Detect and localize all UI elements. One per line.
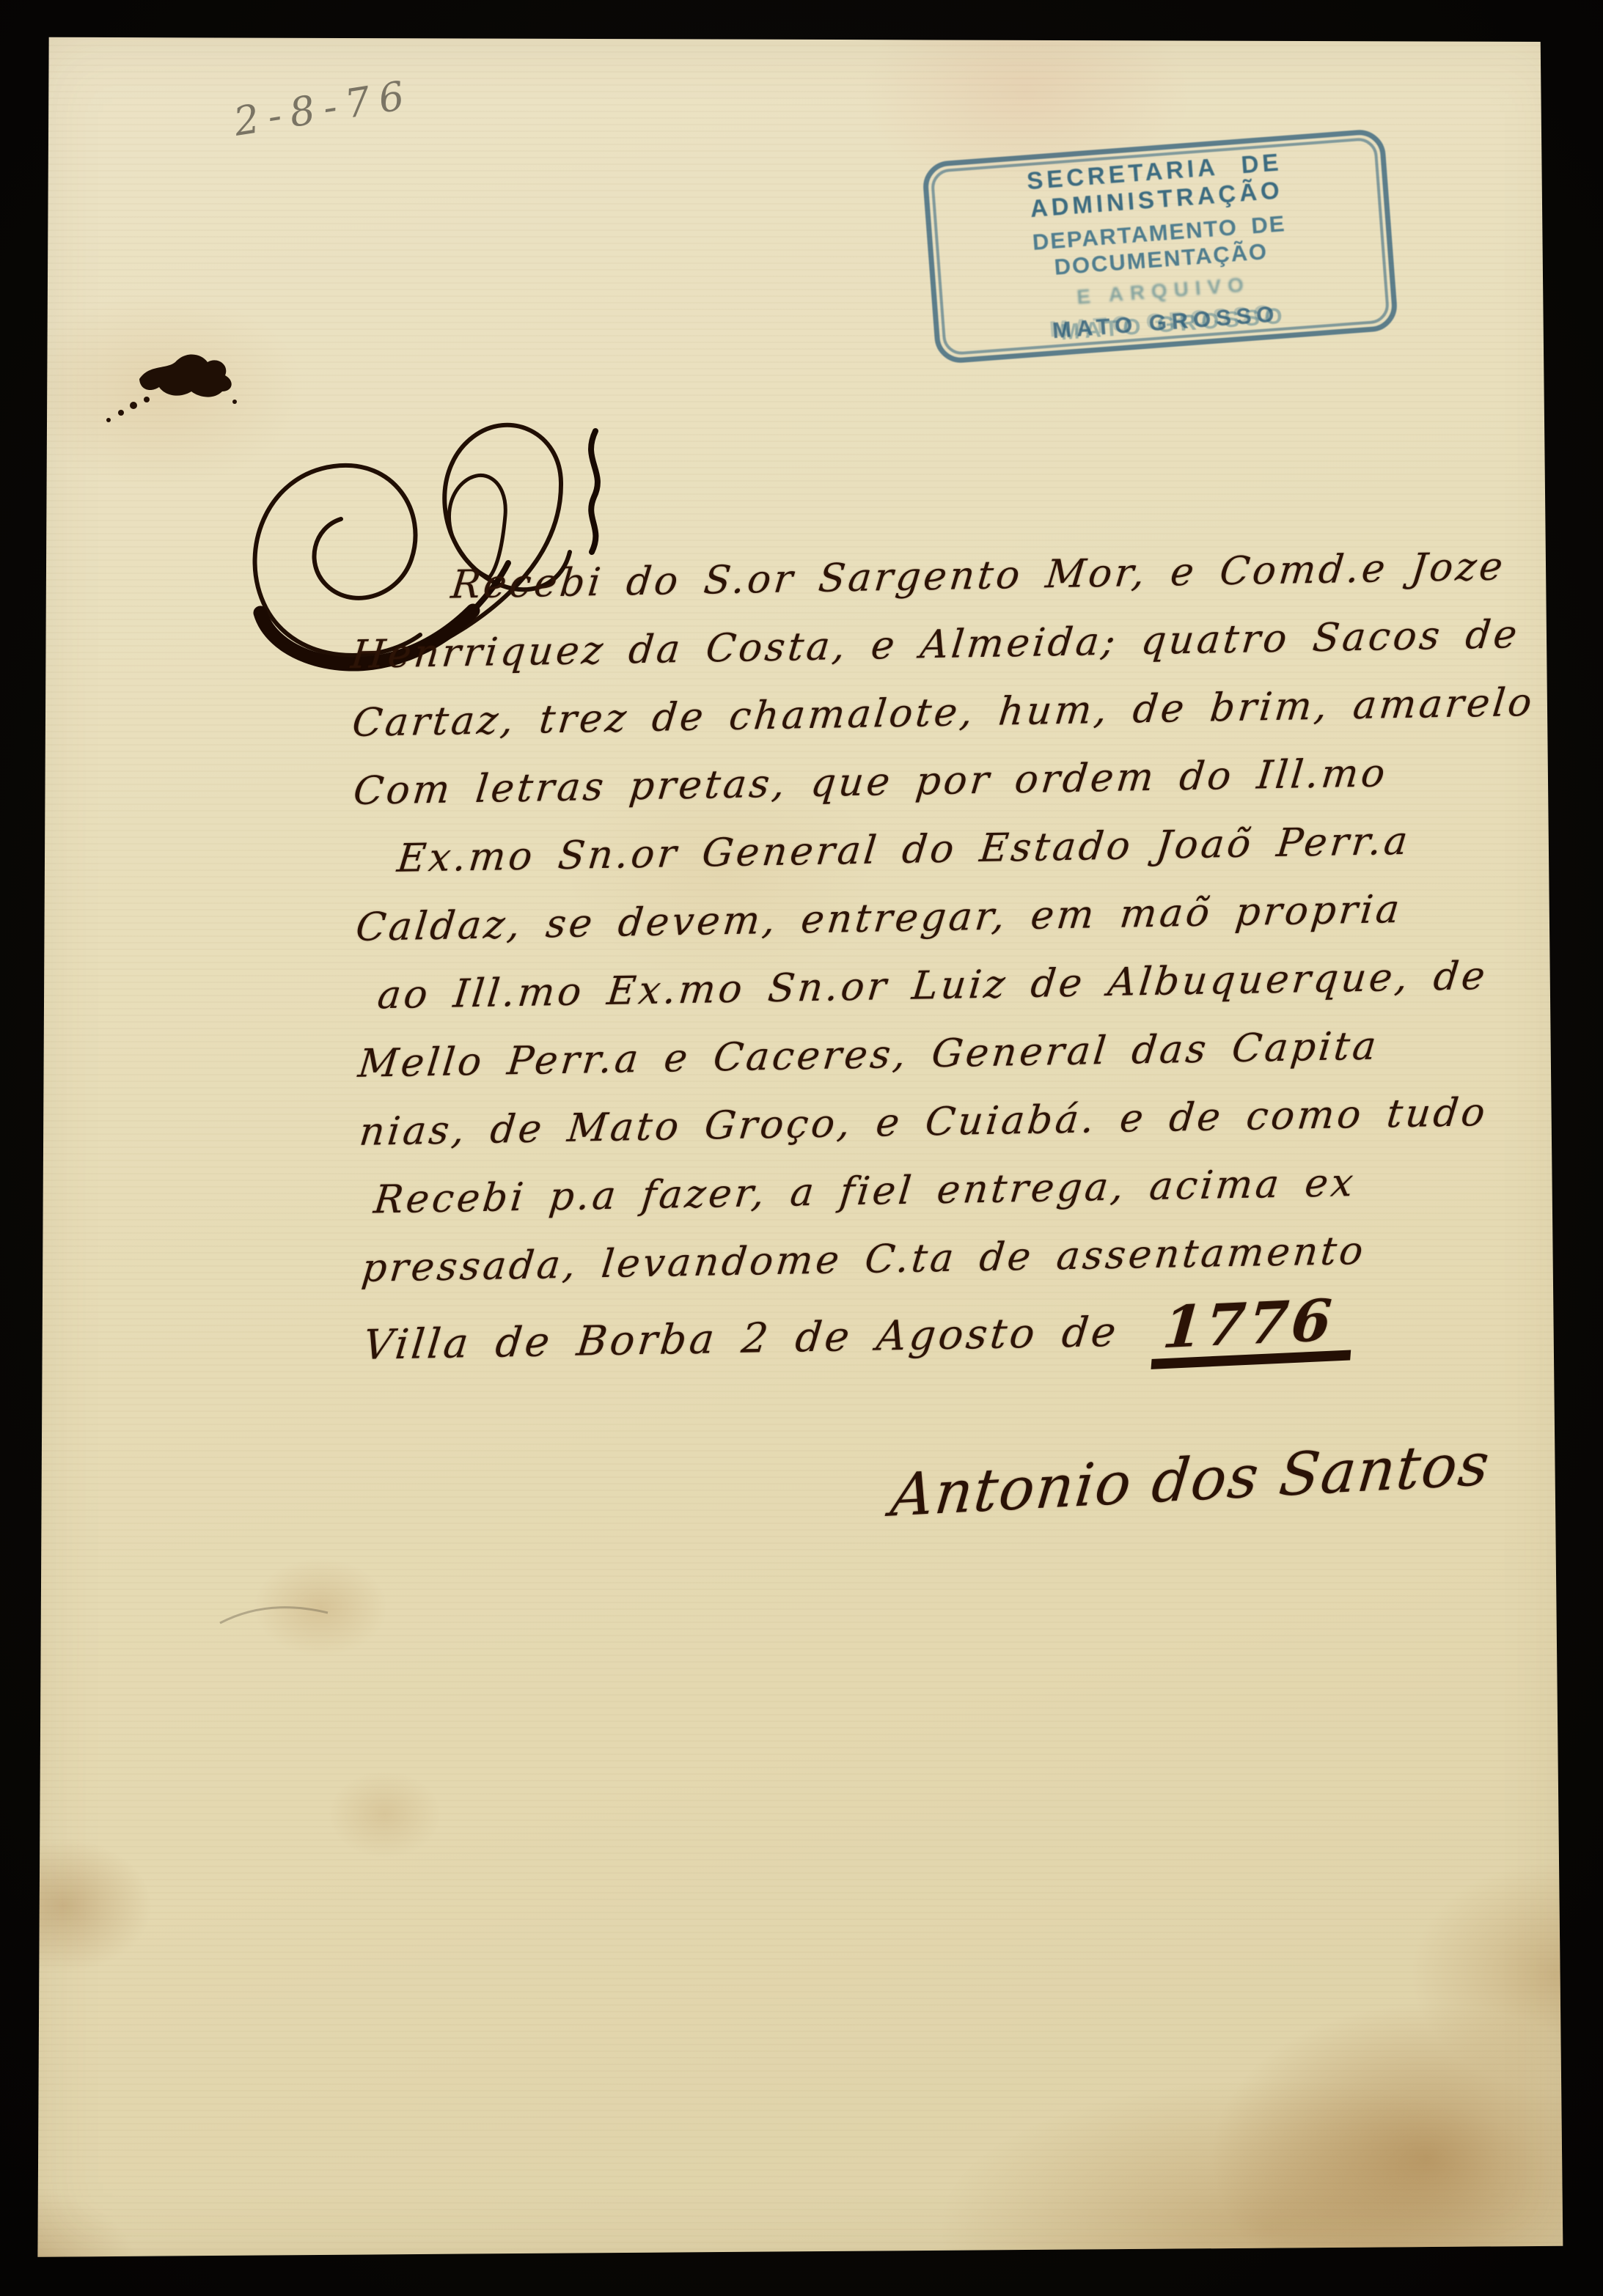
letter-body: Recebi do S.or Sargento Mor, e Comd.e Jo…: [348, 543, 1580, 1402]
stamp-inner-border: SECRETARIA DE ADMINISTRAÇÃO DEPARTAMENTO…: [930, 136, 1390, 356]
faint-pencil-arc: [216, 1592, 334, 1636]
dateline-year-underlined: 1776: [1151, 1294, 1355, 1369]
archive-stamp: SECRETARIA DE ADMINISTRAÇÃO DEPARTAMENTO…: [922, 128, 1399, 365]
ink-blot: [99, 339, 253, 434]
manuscript-photo: 2-8-76 SECRETARIA DE ADMINISTRAÇÃO DEPAR…: [0, 0, 1603, 2296]
stamp-line-arquivo: E ARQUIVO: [1076, 272, 1251, 309]
dateline-place-text: Villa de Borba 2 de Agosto de: [361, 1309, 1121, 1369]
